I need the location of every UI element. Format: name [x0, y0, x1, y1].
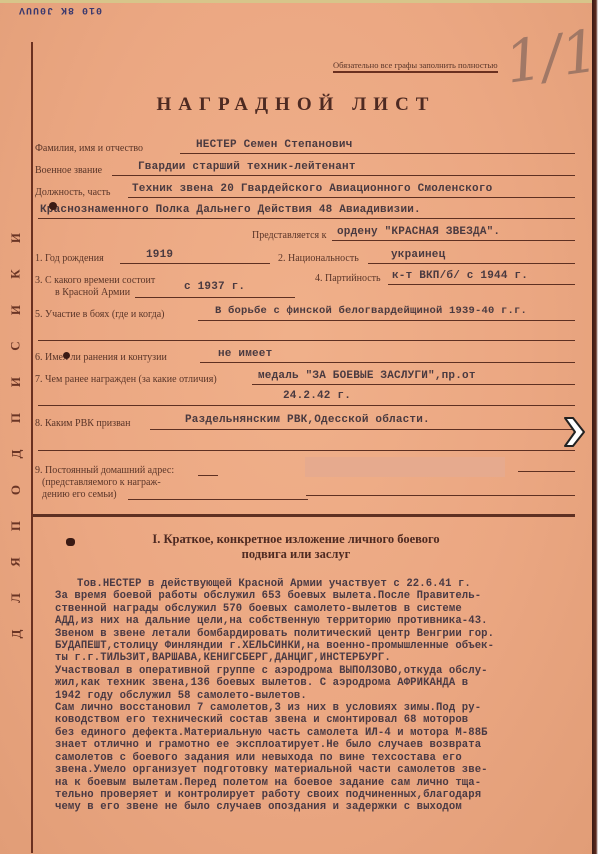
caption-letter: Д: [8, 630, 24, 639]
underline: [306, 495, 575, 496]
narrative-line: Тов.НЕСТЕР в действующей Красной Армии у…: [55, 578, 575, 590]
narrative-line: Участвовал в оперативной группе с аэродр…: [55, 665, 575, 677]
caption-letter: С: [8, 341, 24, 350]
top-strip: [0, 0, 592, 3]
service-since-label: 3. С какого времени состоит: [35, 275, 155, 286]
narrative-line: ты г.г.ТИЛЬЗИТ,ВАРШАВА,КЕНИГСБЕРГ,ДАНЦИГ…: [55, 652, 575, 664]
underline: [200, 362, 575, 363]
page-title: НАГРАДНОЙ ЛИСТ: [0, 94, 592, 116]
prior-awards-label: 7. Чем ранее награжден (за какие отличия…: [35, 374, 217, 385]
narrative-line: самолетов с боевого задания или невыхода…: [55, 752, 575, 764]
position-value-line1: Техник звена 20 Гвардейского Авиационног…: [132, 183, 492, 195]
instruction-note: Обязательно все графы заполнить полность…: [333, 60, 498, 73]
party-value: к-т ВКП/б/ с 1944 г.: [392, 270, 528, 282]
rvk-value: Раздельнянским РВК,Одесской области.: [185, 414, 430, 426]
position-value-line2: Краснознаменного Полка Дальнего Действия…: [40, 204, 421, 216]
ink-blot: [63, 352, 70, 359]
caption-letter: П: [8, 521, 24, 531]
underline: [38, 405, 575, 406]
narrative-line: жил,как техник звена,136 боевых вылетов.…: [55, 677, 575, 689]
section-title-line2: подвига или заслуг: [0, 547, 592, 562]
address-label-3: дению его семьи): [42, 489, 117, 500]
prior-awards-value-line1: медаль "ЗА БОЕВЫЕ ЗАСЛУГИ",пр.от: [258, 370, 476, 382]
archive-mark: 010 8K J0UUV: [18, 4, 102, 15]
ink-blot: [49, 202, 57, 210]
underline: [150, 429, 575, 430]
narrative-line: Сам лично восстановил 7 самолетов,3 из н…: [55, 702, 575, 714]
birth-year-label: 1. Год рождения: [35, 253, 104, 264]
chevron-right-icon: [561, 414, 587, 450]
underline: [128, 499, 308, 500]
fio-label: Фамилия, имя и отчество: [35, 143, 143, 154]
rank-value: Гвардии старший техник-лейтенант: [138, 161, 356, 173]
narrative-line: на к боевым вылетам.Перед полетом на бое…: [55, 777, 575, 789]
underline: [128, 197, 575, 198]
award-label: Представляется к: [252, 230, 327, 241]
underline: [518, 471, 575, 472]
underline: [198, 320, 575, 321]
underline: [198, 475, 218, 476]
birth-year-value: 1919: [146, 249, 173, 261]
underline: [120, 263, 270, 264]
narrative-line: За время боевой работы обслужил 653 боев…: [55, 590, 575, 602]
underline: [368, 263, 575, 264]
caption-letter: О: [8, 485, 24, 495]
award-value: ордену "КРАСНАЯ ЗВЕЗДА".: [337, 226, 500, 238]
narrative-line: ственной награды обслужил 570 боевых сам…: [55, 603, 575, 615]
narrative-line: 1942 году обслужил 58 самолето-вылетов.: [55, 690, 575, 702]
narrative-line: звена.Умело организует подготовку матери…: [55, 764, 575, 776]
address-label: 9. Постоянный домашний адрес:: [35, 465, 174, 476]
caption-letter: Л: [8, 593, 24, 603]
narrative-line: ководством его технический состав звена …: [55, 714, 575, 726]
narrative-line: тельно проверяет и контролирует работу с…: [55, 789, 575, 801]
narrative-line: БУДАПЕШТ,столицу Финляндии г.ХЕЛЬСИНКИ,н…: [55, 640, 575, 652]
narrative-line: АДД,из них на дальние цели,на собственну…: [55, 615, 575, 627]
wounds-label: 6. Имел ли ранения и контузии: [35, 352, 167, 363]
prior-awards-value-line2: 24.2.42 г.: [283, 390, 351, 402]
caption-letter: П: [8, 413, 24, 423]
underline: [135, 297, 295, 298]
address-label-2: (представляемого к награж-: [42, 477, 161, 488]
redacted-address: [305, 457, 505, 477]
underline: [252, 384, 575, 385]
party-label: 4. Партийность: [315, 273, 381, 284]
caption-letter: И: [8, 305, 24, 315]
section-divider: [33, 514, 575, 517]
wounds-value: не имеет: [218, 348, 272, 360]
caption-letter: И: [8, 233, 24, 243]
narrative-line: без единого дефекта.Материальную часть с…: [55, 727, 575, 739]
narrative-line: знает отлично и грамотно ее эксплоатируе…: [55, 739, 575, 751]
rvk-label: 8. Каким РВК призван: [35, 418, 130, 429]
caption-letter: К: [8, 269, 24, 278]
underline: [38, 340, 575, 341]
battles-value: В борьбе с финской белогвардейщиной 1939…: [215, 305, 527, 317]
narrative-line: Звеном в звене летали бомбардировать пол…: [55, 628, 575, 640]
caption-letter: И: [8, 377, 24, 387]
narrative-line: чему в его звене не было случаев опоздан…: [55, 801, 575, 813]
underline: [388, 284, 575, 285]
underline: [38, 450, 575, 451]
next-page-button[interactable]: [561, 414, 587, 450]
service-since-value: с 1937 г.: [184, 281, 245, 293]
page-edge: [592, 0, 602, 854]
narrative-text: Тов.НЕСТЕР в действующей Красной Армии у…: [55, 578, 575, 814]
vertical-caption-binding: Д Л Я П О Д П И С И К И: [8, 230, 24, 642]
position-label: Должность, часть: [35, 187, 110, 198]
fio-value: НЕСТЕР Семен Степанович: [196, 139, 352, 151]
underline: [180, 153, 575, 154]
handwritten-number: 1/12: [501, 11, 602, 96]
battles-label: 5. Участие в боях (где и когда): [35, 309, 165, 320]
award-sheet-page: 010 8K J0UUV Д Л Я П О Д П И С И К И Обя…: [0, 0, 592, 854]
underline: [112, 175, 575, 176]
service-since-label-2: в Красной Армии: [55, 287, 130, 298]
underline: [332, 240, 575, 241]
nationality-label: 2. Национальность: [278, 253, 359, 264]
nationality-value: украинец: [391, 249, 445, 261]
rank-label: Военное звание: [35, 165, 102, 176]
underline: [38, 218, 575, 219]
section-title-line1: I. Краткое, конкретное изложение личного…: [0, 532, 592, 547]
caption-letter: Д: [8, 450, 24, 459]
